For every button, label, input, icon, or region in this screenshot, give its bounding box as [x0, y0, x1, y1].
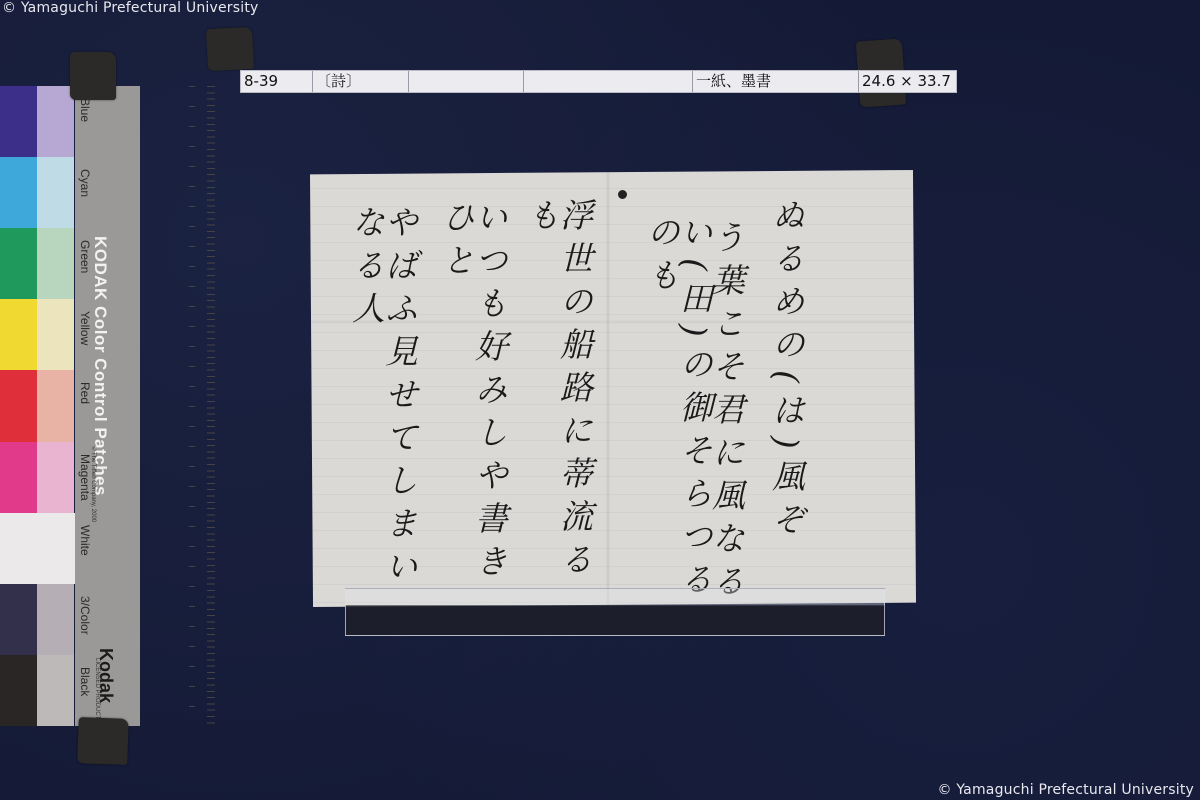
patch-swatch	[37, 299, 74, 370]
patch-label: Blue	[78, 98, 92, 122]
patch-swatch	[0, 228, 37, 299]
patch-swatch	[0, 584, 37, 655]
acrylic-stand	[345, 588, 885, 636]
patch-black	[0, 655, 75, 726]
patch-green	[0, 228, 75, 299]
patch-swatch	[0, 86, 37, 157]
patch-yellow	[0, 299, 75, 370]
patch-swatch	[37, 442, 74, 513]
text-column-2: う葉こそ君に風なる	[710, 220, 743, 607]
tape-top-left	[206, 27, 254, 71]
patch-label: Black	[78, 667, 92, 696]
patch-cyan	[0, 157, 75, 228]
text-column-6: やばふ見せてしまいなる人	[350, 205, 416, 607]
calligraphy-document: ぬるめの(は)風ぞ う葉こそ君に風なる い(田)の御そらつるのも 浮世の船路に蒂…	[310, 170, 916, 607]
chart-copyright: © The Tiffen Company, 2000	[90, 446, 96, 522]
text-column-4: 浮世の船路に蒂流るも	[525, 198, 591, 607]
patch-swatch	[37, 584, 74, 655]
patch-label: White	[78, 525, 92, 556]
text-column-5: いつも好みしや書きひと	[440, 200, 506, 607]
patch-red	[0, 370, 75, 441]
catalog-title: 〔詩〕	[313, 71, 409, 92]
catalog-number: 8-39	[241, 71, 313, 92]
catalog-cell-3	[409, 71, 524, 92]
copyright-bottom: © Yamaguchi Prefectural University	[938, 782, 1195, 798]
patch-white	[0, 513, 75, 584]
patch-swatch	[0, 513, 75, 584]
patch-swatch	[0, 157, 37, 228]
patch-swatch	[0, 655, 37, 726]
patch-swatch	[37, 157, 74, 228]
patch-swatch	[0, 370, 37, 441]
patch-blue	[0, 86, 75, 157]
patch-swatch	[37, 370, 74, 441]
text-column-1: ぬるめの(は)風ぞ	[770, 198, 803, 545]
tape-chart-top	[70, 52, 116, 100]
patch-3-color	[0, 584, 75, 655]
patch-magenta	[0, 442, 75, 513]
catalog-label: 8-39 〔詩〕 一紙、墨書 24.6 × 33.7	[240, 70, 957, 93]
patch-swatch	[0, 299, 37, 370]
patch-label: 3/Color	[78, 596, 92, 635]
cm-ticks	[175, 86, 195, 726]
text-column-3: い(田)の御そらつるのも	[645, 215, 711, 607]
copyright-top: © Yamaguchi Prefectural University	[2, 0, 259, 16]
catalog-material: 一紙、墨書	[693, 71, 859, 92]
ink-spot	[618, 190, 627, 199]
tape-chart-bottom	[77, 717, 129, 765]
catalog-cell-4	[524, 71, 693, 92]
patch-swatch	[37, 655, 74, 726]
inch-ticks	[195, 86, 215, 726]
patch-swatch	[0, 442, 37, 513]
kodak-color-chart: BlueCyanGreenYellowRedMagentaWhite3/Colo…	[0, 86, 140, 726]
patch-swatch	[37, 86, 74, 157]
catalog-dimensions: 24.6 × 33.7	[859, 71, 956, 92]
licensed-product-text: LICENSED PRODUCT	[94, 658, 100, 719]
patch-label: Cyan	[78, 169, 92, 197]
patch-swatch	[37, 228, 74, 299]
